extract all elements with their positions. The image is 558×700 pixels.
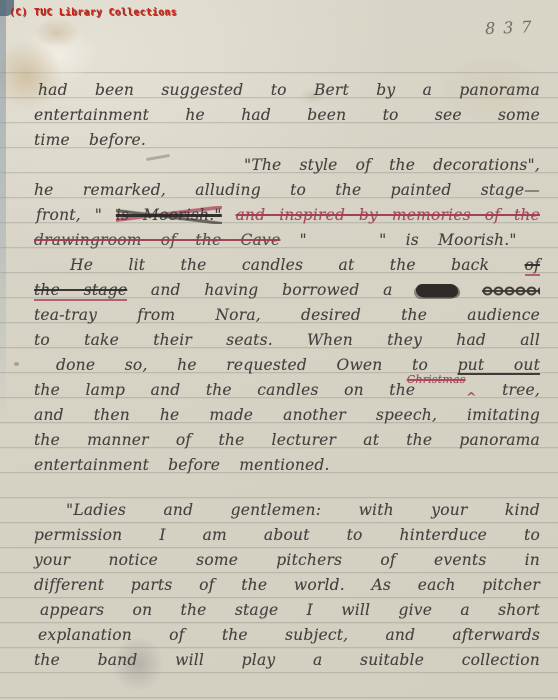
manuscript-line: to take their seats. When they had all bbox=[34, 328, 540, 353]
handwritten-text: done so, he requested Owen to bbox=[56, 356, 428, 374]
handwritten-text: your notice some pitchers of events in bbox=[34, 551, 540, 569]
handwritten-text: " bbox=[95, 206, 102, 224]
manuscript-line: He lit the candles at the back of bbox=[34, 253, 540, 278]
manuscript-line: the band will play a suitable collection bbox=[34, 648, 540, 673]
struck-text-red-underline: the stage bbox=[34, 281, 127, 299]
handwritten-text: the band will play a suitable collection bbox=[34, 651, 540, 669]
library-watermark: (C) TUC Library Collections bbox=[9, 7, 177, 18]
handwritten-text: He lit the candles at the back bbox=[70, 256, 489, 274]
red-struck-text: drawingroom of the Cave bbox=[34, 231, 280, 249]
manuscript-page: (C) TUC Library Collections 837 had been… bbox=[0, 0, 558, 700]
handwritten-text: tea-tray from Nora, desired the audience bbox=[34, 306, 540, 324]
manuscript-line: entertainment before mentioned. bbox=[34, 453, 540, 478]
struck-text: is Moorish." bbox=[116, 206, 222, 224]
handwritten-text: the lamp and the candles on the bbox=[34, 381, 415, 399]
manuscript-line: had been suggested to Bert by a panorama bbox=[34, 78, 540, 103]
handwritten-text: appears on the stage I will give a short bbox=[40, 601, 540, 619]
handwritten-text: entertainment before mentioned. bbox=[34, 456, 330, 474]
manuscript-line: your notice some pitchers of events in bbox=[34, 548, 540, 573]
handwritten-text: permission I am about to hinterduce to bbox=[34, 526, 540, 544]
manuscript-line: different parts of the world. As each pi… bbox=[34, 573, 540, 598]
handwritten-text: time before. bbox=[34, 131, 146, 149]
handwritten-text: " is Moorish." bbox=[379, 231, 517, 249]
manuscript-line: he remarked, alluding to the painted sta… bbox=[34, 178, 540, 203]
manuscript-line: tea-tray from Nora, desired the audience bbox=[34, 303, 540, 328]
handwritten-text: tree, bbox=[502, 381, 540, 399]
manuscript-line: front, " is Moorish." and inspired by me… bbox=[34, 203, 540, 228]
handwritten-text: he remarked, alluding to the painted sta… bbox=[34, 181, 540, 199]
handwritten-text: " bbox=[299, 231, 306, 249]
handwritten-text: and then he made another speech, imitati… bbox=[34, 406, 540, 424]
red-struck-text: and inspired by memories of the bbox=[236, 206, 540, 224]
underlined-text: put out bbox=[458, 356, 540, 374]
handwritten-text: explanation of the subject, and afterwar… bbox=[38, 626, 540, 644]
manuscript-line: "Ladies and gentlemen: with your kind bbox=[34, 498, 540, 523]
manuscript-line: and then he made another speech, imitati… bbox=[34, 403, 540, 428]
handwritten-text: different parts of the world. As each pi… bbox=[34, 576, 540, 594]
manuscript-line: appears on the stage I will give a short bbox=[34, 598, 540, 623]
struck-text-red-underline: of bbox=[525, 256, 540, 274]
manuscript-line: permission I am about to hinterduce to bbox=[34, 523, 540, 548]
manuscript: had been suggested to Bert by a panorama… bbox=[34, 78, 540, 673]
insertion-caret: ^ bbox=[466, 385, 476, 410]
manuscript-line: explanation of the subject, and afterwar… bbox=[34, 623, 540, 648]
paper-stain bbox=[34, 18, 80, 48]
paragraph-gap bbox=[34, 478, 540, 498]
manuscript-line: drawingroom of the Cave " " is Moorish." bbox=[34, 228, 540, 253]
manuscript-line: "The style of the decorations", bbox=[34, 153, 540, 178]
handwritten-text: front, bbox=[36, 206, 81, 224]
handwritten-text: had been suggested to Bert by a panorama bbox=[38, 81, 540, 99]
manuscript-line: the manner of the lecturer at the panora… bbox=[34, 428, 540, 453]
scribbled-out-word bbox=[416, 284, 458, 297]
paper-stain bbox=[18, 26, 98, 84]
pencil-mark bbox=[14, 362, 19, 366]
manuscript-line: time before. bbox=[34, 128, 540, 153]
handwritten-text: and having borrowed a bbox=[151, 281, 393, 299]
handwritten-text: "Ladies and gentlemen: with your kind bbox=[66, 501, 540, 519]
scan-edge-artifact bbox=[0, 0, 6, 420]
handwritten-text: the manner of the lecturer at the panora… bbox=[34, 431, 540, 449]
manuscript-line: entertainment he had been to see some bbox=[34, 103, 540, 128]
handwritten-text: to take their seats. When they had all bbox=[34, 331, 540, 349]
handwritten-text: "The style of the decorations", bbox=[244, 156, 540, 174]
scribbled-out-word bbox=[482, 285, 540, 297]
handwritten-text: entertainment he had been to see some bbox=[34, 106, 540, 124]
manuscript-line: the lamp and the candles on the Christma… bbox=[34, 378, 540, 403]
manuscript-line: the stage and having borrowed a bbox=[34, 278, 540, 303]
page-number: 837 bbox=[485, 17, 540, 38]
